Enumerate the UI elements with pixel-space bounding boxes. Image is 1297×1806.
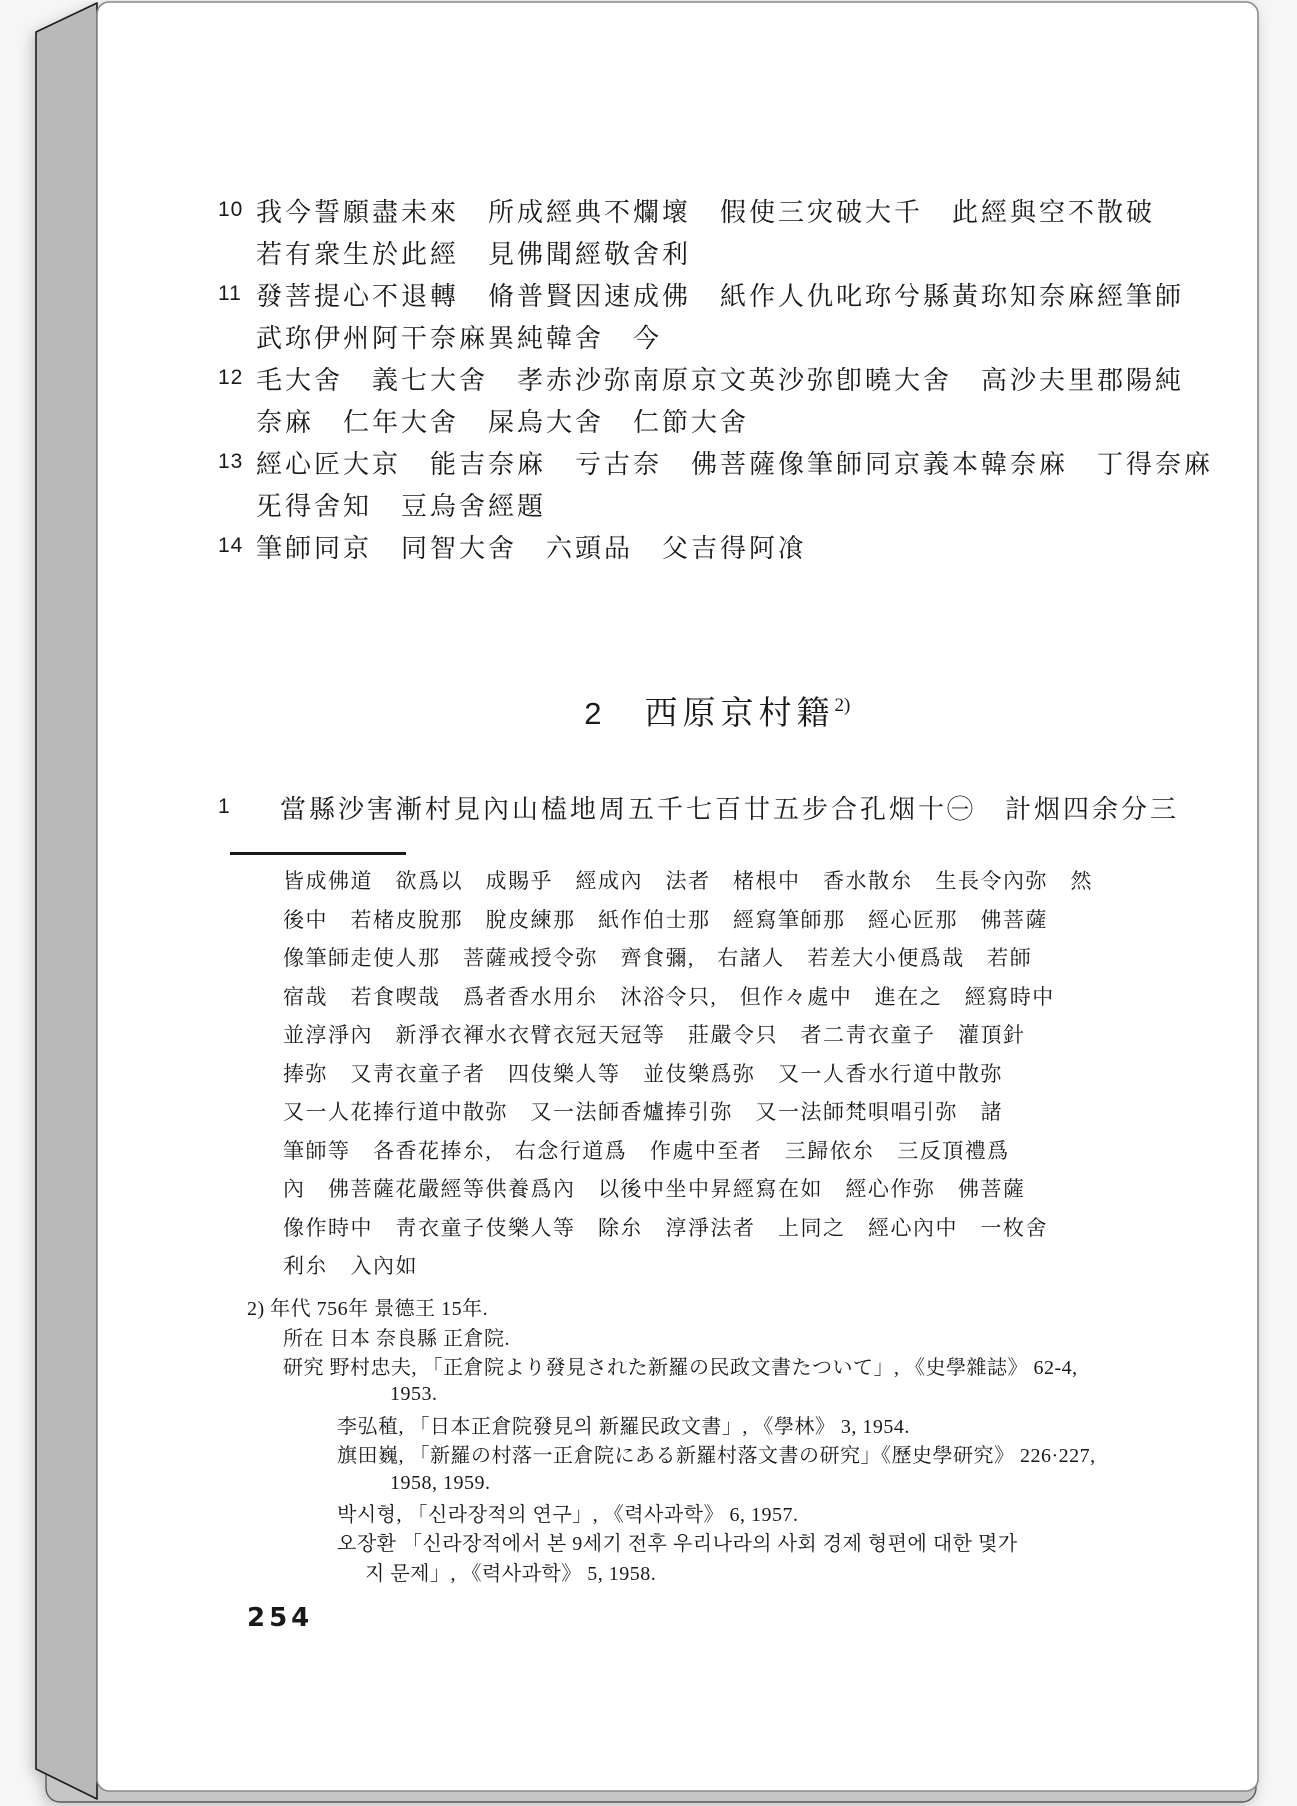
footnote-line: 宿哉 若食喫哉 爲者香水用厼 沐浴令只, 但作々處中 進在之 經寫時中 <box>283 977 1093 1016</box>
list-item-number: 14 <box>218 534 256 558</box>
footnote-line: 內 佛菩薩花嚴經等供養爲內 以後中坐中昇經寫在如 經心作弥 佛菩薩 <box>283 1169 1093 1208</box>
footnote-line: 皆成佛道 欲爲以 成賜乎 經成內 法者 楮根中 香水散厼 生長令內弥 然 <box>283 861 1093 900</box>
reference-line: 旗田巍, 「新羅の村落一正倉院にある新羅村落文書の研究」《歷史學研究》 226·… <box>337 1439 1096 1468</box>
list-item-number: 12 <box>218 366 256 390</box>
reference-line: 박시형, 「신라장적의 연구」, 《력사과학》 6, 1957. <box>337 1498 1096 1527</box>
list-line-text: 若有衆生於此經 見佛聞經敬舍利 <box>256 234 691 271</box>
list-line: 14 筆師同京 同智大舍 六頭品 父吉得阿飡 <box>218 525 807 567</box>
list-line-text: 毛大舍 義七大舍 孝赤沙弥南原京文英沙弥卽曉大舍 高沙夫里郡陽純 <box>256 360 1184 397</box>
reference-line: 李弘稙, 「日本正倉院發見의 新羅民政文書」, 《學林》 3, 1954. <box>337 1410 1096 1439</box>
footnote-line: 利厼 入內如 <box>283 1246 1093 1285</box>
reference-line: 지 문제」, 《력사과학》 5, 1958. <box>365 1557 1096 1586</box>
list-item-number: 11 <box>218 282 256 306</box>
footnote-references: 2) 年代 756年 景德王 15年. 所在 日本 奈良縣 正倉院. 研究 野村… <box>247 1292 1096 1586</box>
footnote-separator <box>230 852 406 855</box>
book-scan: 10 我今誓願盡未來 所成經典不爛壞 假使三灾破大千 此經與空不散破 若有衆生於… <box>0 0 1297 1806</box>
list-line: 11 發菩提心不退轉 脩普賢因速成佛 紙作人仇叱珎兮縣黃珎知奈麻經筆師 <box>218 273 1184 315</box>
reference-line: 2) 年代 756年 景德王 15年. <box>247 1292 1096 1321</box>
footnote-line: 像筆師走使人那 菩薩戒授令弥 齊食彌, 右諸人 若差大小便爲哉 若師 <box>283 938 1093 977</box>
section-heading: 2西原京村籍2) <box>97 650 1258 771</box>
list-line: 10 我今誓願盡未來 所成經典不爛壞 假使三灾破大千 此經與空不散破 <box>218 189 1155 231</box>
page-number: 254 <box>247 1603 313 1633</box>
list-line-text: 經心匠大京 能吉奈麻 亏古奈 佛菩薩像筆師同京義本韓奈麻 丁得奈麻 <box>256 444 1213 481</box>
list-line: 12 毛大舍 義七大舍 孝赤沙弥南原京文英沙弥卽曉大舍 高沙夫里郡陽純 <box>218 357 1184 399</box>
list-line: 奈麻 仁年大舍 屎烏大舍 仁節大舍 <box>218 399 749 441</box>
reference-line: 1953. <box>390 1380 1096 1409</box>
list-line: 旡得舍知 豆烏舍經題 <box>218 483 546 525</box>
list-line-text: 我今誓願盡未來 所成經典不爛壞 假使三灾破大千 此經與空不散破 <box>256 192 1155 229</box>
footnote-line: 後中 若楮皮脫那 脫皮練那 紙作伯士那 經寫筆師那 經心匠那 佛菩薩 <box>283 900 1093 939</box>
reference-line: 研究 野村忠夫, 「正倉院より發見された新羅の民政文書たついて」, 《史學雜誌》… <box>283 1351 1096 1380</box>
section-number: 2 <box>584 696 606 731</box>
list-line-text: 旡得舍知 豆烏舍經題 <box>256 486 546 523</box>
list-item-number: 10 <box>218 198 256 222</box>
list-item-number: 13 <box>218 450 256 474</box>
footnote-line: 像作時中 靑衣童子伎樂人等 除厼 淳淨法者 上同之 經心內中 一枚舍 <box>283 1208 1093 1247</box>
heading-footnote-marker: 2) <box>834 695 850 716</box>
list-line-text: 武珎伊州阿干奈麻異純韓舍 今 <box>256 318 662 355</box>
footnote-line: 並淳淨內 新淨衣褌水衣臂衣冠天冠等 莊嚴令只 者二靑衣童子 灌頂針 <box>283 1015 1093 1054</box>
list-line: 武珎伊州阿干奈麻異純韓舍 今 <box>218 315 662 357</box>
list-item-number: 1 <box>218 795 280 819</box>
footnote-quotation-block: 皆成佛道 欲爲以 成賜乎 經成內 法者 楮根中 香水散厼 生長令內弥 然 後中 … <box>283 861 1093 1285</box>
reference-line: 오장환 「신라장적에서 본 9세기 전후 우리나라의 사회 경제 형편에 대한 … <box>337 1527 1096 1556</box>
list-line-text: 筆師同京 同智大舍 六頭品 父吉得阿飡 <box>256 528 807 565</box>
list-line-text: 發菩提心不退轉 脩普賢因速成佛 紙作人仇叱珎兮縣黃珎知奈麻經筆師 <box>256 276 1184 313</box>
page-content: 10 我今誓願盡未來 所成經典不爛壞 假使三灾破大千 此經與空不散破 若有衆生於… <box>0 0 1297 1806</box>
section-title: 西原京村籍 <box>644 696 834 732</box>
footnote-line: 捧弥 又靑衣童子者 四伎樂人等 並伎樂爲弥 又一人香水行道中散弥 <box>283 1054 1093 1093</box>
reference-line: 1958, 1959. <box>390 1468 1096 1497</box>
footnote-line: 筆師等 各香花捧厼, 右念行道爲 作處中至者 三歸依厼 三反頂禮爲 <box>283 1131 1093 1170</box>
list-line: 13 經心匠大京 能吉奈麻 亏古奈 佛菩薩像筆師同京義本韓奈麻 丁得奈麻 <box>218 441 1213 483</box>
section-line: 1 當縣沙害漸村見內山榼地周五千七百廿五步合孔烟十㊀ 計烟四余分三 <box>218 786 1179 828</box>
section-line-text: 當縣沙害漸村見內山榼地周五千七百廿五步合孔烟十㊀ 計烟四余分三 <box>280 789 1179 826</box>
reference-line: 所在 日本 奈良縣 正倉院. <box>283 1321 1096 1350</box>
list-line-text: 奈麻 仁年大舍 屎烏大舍 仁節大舍 <box>256 402 749 439</box>
footnote-line: 又一人花捧行道中散弥 又一法師香爐捧引弥 又一法師梵唄唱引弥 諸 <box>283 1092 1093 1131</box>
list-line: 若有衆生於此經 見佛聞經敬舍利 <box>218 231 691 273</box>
